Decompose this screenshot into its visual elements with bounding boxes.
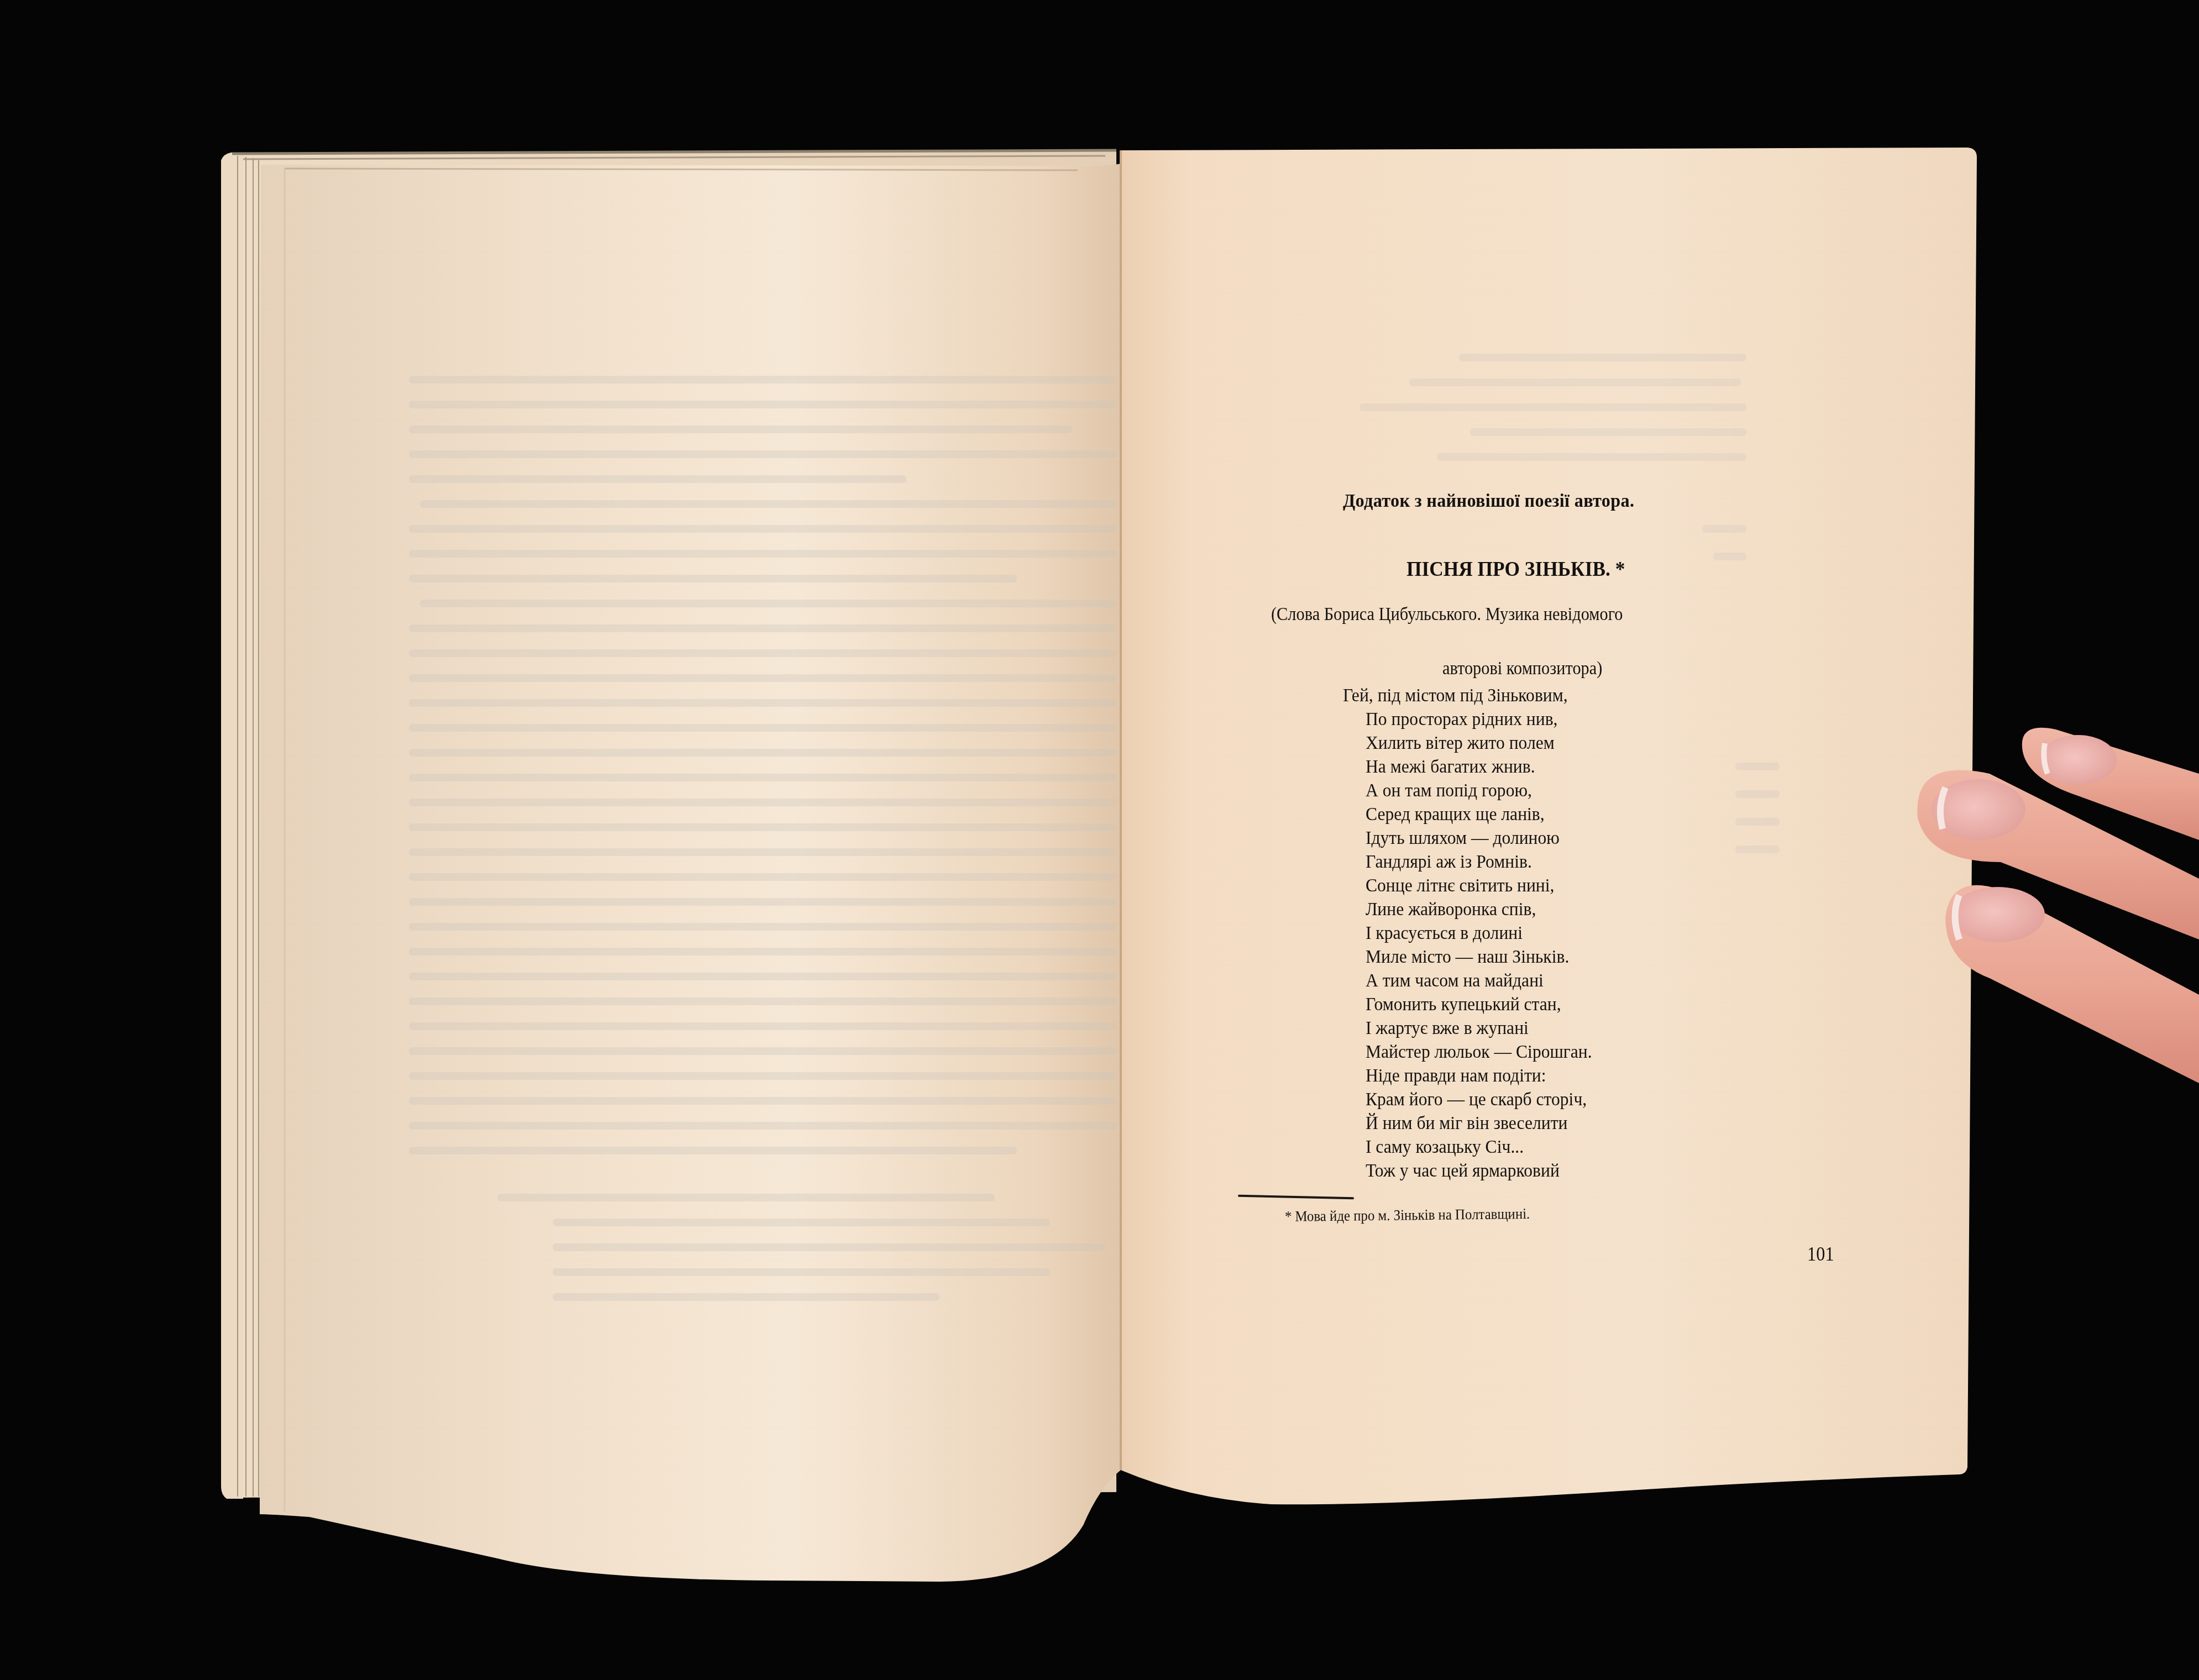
open-book — [0, 0, 2199, 1680]
verse-line: Миле місто — наш Зіньків. — [1343, 945, 1592, 969]
verse-line: Гандлярі аж із Ромнів. — [1343, 850, 1592, 874]
poem-credits-line-2: авторові композитора) — [1442, 659, 1602, 679]
verse-line: Й ним би міг він звеселити — [1343, 1111, 1592, 1135]
verse-line: І саму козацьку Січ... — [1343, 1135, 1592, 1159]
verse-line: Ніде правди нам подіти: — [1343, 1064, 1592, 1088]
verse-line: Сонце літнє світить нині, — [1343, 874, 1592, 897]
verse-line: А тим часом на майдані — [1343, 969, 1592, 993]
verse-line: Гомонить купецький стан, — [1343, 993, 1592, 1016]
poem-title: ПІСНЯ ПРО ЗІНЬКІВ. * — [1406, 557, 1625, 581]
poem-verse: Гей, під містом під Зіньковим, По просто… — [1343, 684, 1611, 1183]
verse-line: Ідуть шляхом — долиною — [1343, 826, 1592, 850]
photo-scene: Додаток з найновішої поезії автора. ПІСН… — [0, 0, 2199, 1680]
appendix-heading: Додаток з найновішої поезії автора. — [1343, 491, 1634, 512]
verse-line: Крам його — це скарб сторіч, — [1343, 1088, 1592, 1111]
poem-credits-line-1: (Слова Бориса Цибульського. Музика невід… — [1271, 605, 1623, 625]
verse-line: І жартує вже в жупані — [1343, 1016, 1592, 1040]
verse-line: А он там попід горою, — [1343, 779, 1592, 802]
verse-line: Серед кращих ще ланів, — [1343, 802, 1592, 826]
verse-line: Майстер люльок — Сірошган. — [1343, 1040, 1592, 1064]
verse-line: Гей, під містом під Зіньковим, — [1343, 684, 1592, 707]
footnote: * Мова йде про м. Зіньків на Полтавщині. — [1285, 1205, 1530, 1225]
verse-line: Хилить вітер жито полем — [1343, 731, 1592, 755]
verse-line: Лине жайворонка спів, — [1343, 897, 1592, 921]
verse-line: І красується в долині — [1343, 921, 1592, 945]
left-page — [260, 164, 1121, 1582]
verse-line: На межі багатих жнив. — [1343, 755, 1592, 779]
verse-line: Тож у час цей ярмарковий — [1343, 1159, 1592, 1183]
page-number: 101 — [1807, 1242, 1834, 1266]
verse-line: По просторах рідних нив, — [1343, 707, 1592, 731]
